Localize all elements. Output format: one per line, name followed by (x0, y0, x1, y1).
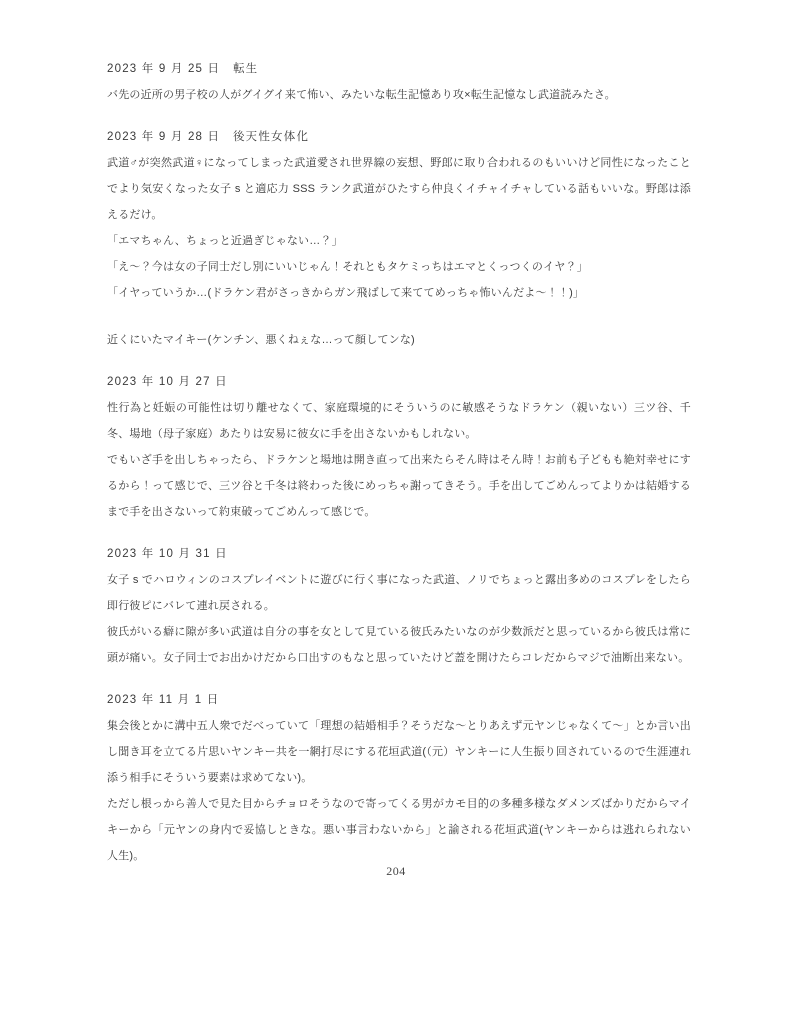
entry-paragraph: 「え〜？今は女の子同士だし別にいいじゃん！それともタケミっちはエマとくっつくのイ… (107, 254, 691, 280)
entry-date: 2023 年 9 月 28 日 後天性女体化 (107, 124, 691, 150)
entry-paragraph: 集会後とかに溝中五人衆でだべっていて「理想の結婚相手？そうだな〜とりあえず元ヤン… (107, 713, 691, 791)
page-number: 204 (0, 864, 792, 879)
diary-entry: 2023 年 11 月 1 日集会後とかに溝中五人衆でだべっていて「理想の結婚相… (107, 687, 691, 869)
entry-paragraph: 女子 s でハロウィンのコスプレイベントに遊びに行く事になった武道、ノリでちょっ… (107, 567, 691, 619)
document-page: 2023 年 9 月 25 日 転生バ先の近所の男子校の人がグイグイ来て怖い、み… (0, 0, 792, 1024)
diary-entry: 2023 年 10 月 27 日性行為と妊娠の可能性は切り離せなくて、家庭環境的… (107, 369, 691, 525)
entry-paragraph: 武道♂が突然武道♀になってしまった武道愛され世界線の妄想、野郎に取り合われるのも… (107, 150, 691, 228)
entry-paragraph: 「イヤっていうか…(ドラケン君がさっきからガン飛ばして来ててめっちゃ怖いんだよ〜… (107, 280, 691, 306)
entry-date: 2023 年 10 月 31 日 (107, 541, 691, 567)
entry-date: 2023 年 11 月 1 日 (107, 687, 691, 713)
entry-paragraph: 近くにいたマイキー(ケンチン、悪くねぇな…って顔してンな) (107, 327, 691, 353)
entry-paragraph: ただし根っから善人で見た目からチョロそうなので寄ってくる男がカモ目的の多種多様な… (107, 791, 691, 869)
entry-paragraph: バ先の近所の男子校の人がグイグイ来て怖い、みたいな転生記憶あり攻×転生記憶なし武… (107, 82, 691, 108)
diary-entry: 2023 年 9 月 25 日 転生バ先の近所の男子校の人がグイグイ来て怖い、み… (107, 56, 691, 108)
entry-paragraph: 「エマちゃん、ちょっと近過ぎじゃない…？」 (107, 228, 691, 254)
entries: 2023 年 9 月 25 日 転生バ先の近所の男子校の人がグイグイ来て怖い、み… (107, 56, 691, 869)
entry-date: 2023 年 10 月 27 日 (107, 369, 691, 395)
entry-paragraph: 性行為と妊娠の可能性は切り離せなくて、家庭環境的にそういうのに敏感そうなドラケン… (107, 395, 691, 447)
entry-paragraph: 彼氏がいる癖に隙が多い武道は自分の事を女として見ている彼氏みたいなのが少数派だと… (107, 619, 691, 671)
entry-date: 2023 年 9 月 25 日 転生 (107, 56, 691, 82)
diary-entry: 2023 年 10 月 31 日女子 s でハロウィンのコスプレイベントに遊びに… (107, 541, 691, 671)
diary-entry: 2023 年 9 月 28 日 後天性女体化武道♂が突然武道♀になってしまった武… (107, 124, 691, 353)
entry-paragraph: でもいざ手を出しちゃったら、ドラケンと場地は開き直って出来たらそん時はそん時！お… (107, 447, 691, 525)
